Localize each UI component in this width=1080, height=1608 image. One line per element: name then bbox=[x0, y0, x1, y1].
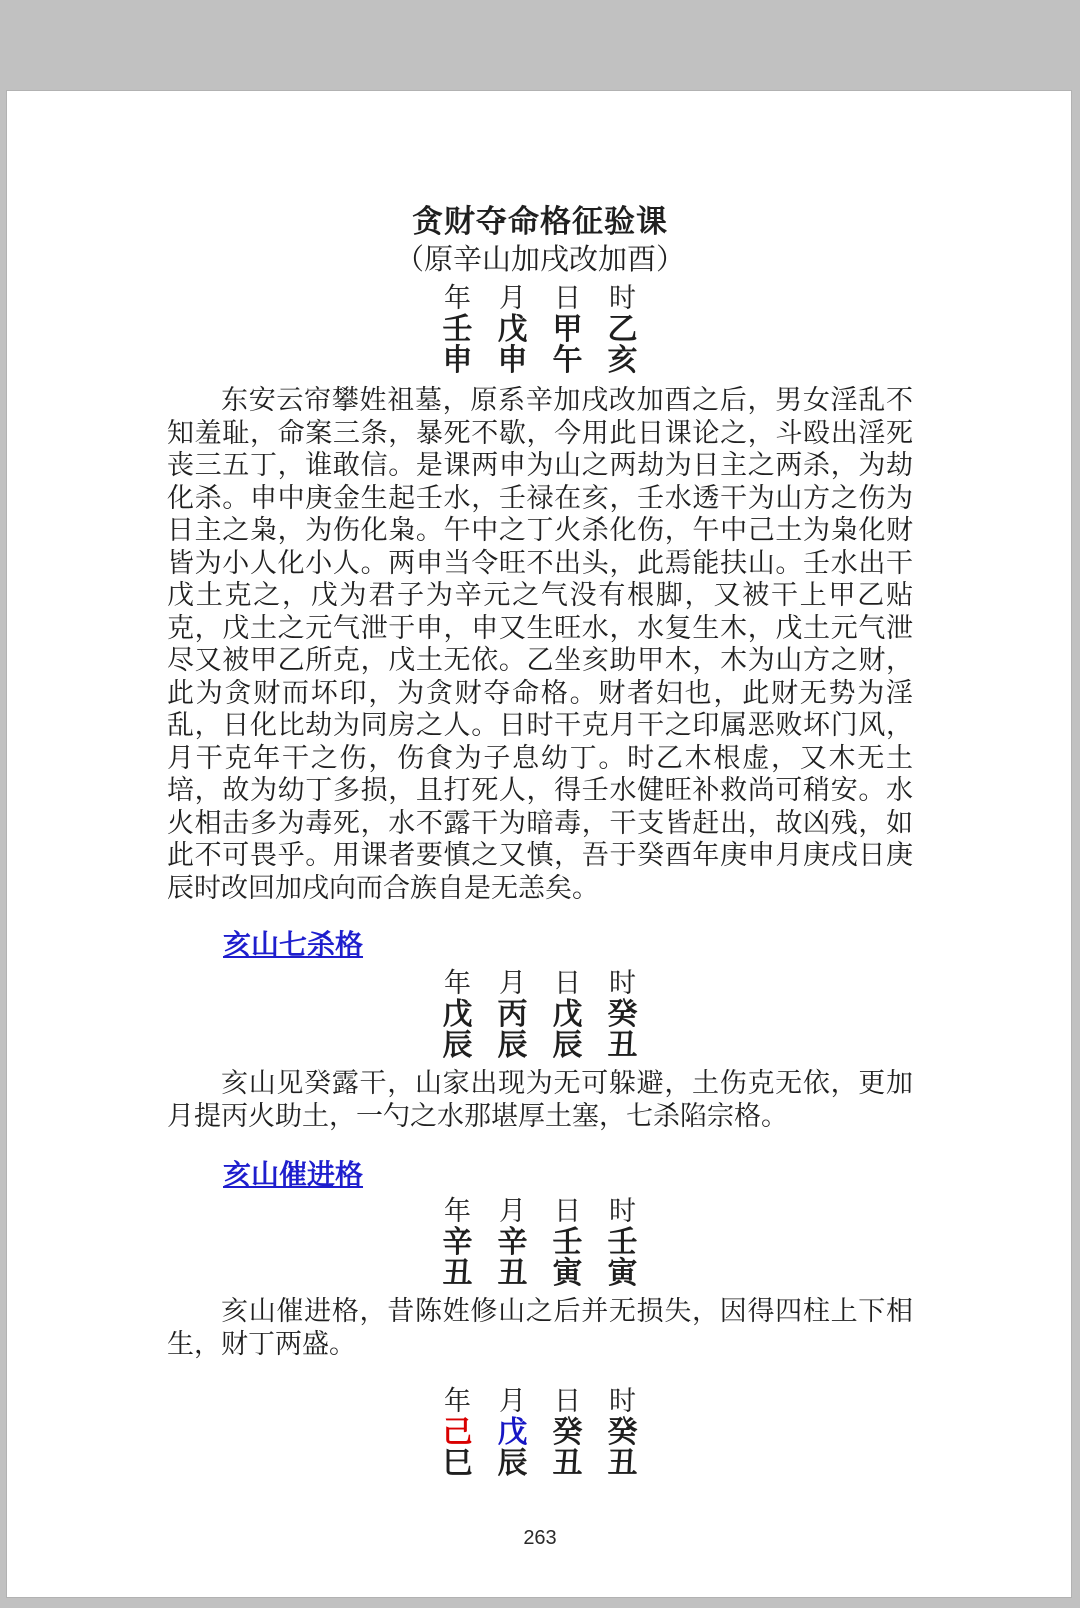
pillar-cell-labels-1: 月 bbox=[485, 1386, 540, 1417]
pillar-cell-stems-2: 癸 bbox=[540, 1417, 595, 1448]
pillar-table-main: 年月日时壬戊甲乙申申午亥 bbox=[167, 283, 913, 376]
pillar-cell-branches-0: 巳 bbox=[430, 1448, 485, 1479]
pillar-cell-stems-3: 壬 bbox=[595, 1227, 650, 1258]
pillar-cell-labels-3: 时 bbox=[595, 968, 650, 999]
pillar-cell-labels-3: 时 bbox=[595, 1386, 650, 1417]
page-subtitle: （原辛山加戌改加酉） bbox=[167, 241, 913, 279]
pillar-cell-labels-3: 时 bbox=[595, 1196, 650, 1227]
section-heading-cuijin[interactable]: 亥山催进格 bbox=[223, 1160, 363, 1192]
page-title: 贪财夺命格征验课 bbox=[167, 203, 913, 241]
section-qisha: 亥山七杀格 bbox=[167, 930, 913, 962]
pillar-cell-stems-1: 戊 bbox=[485, 314, 540, 345]
pillar-cell-labels-0: 年 bbox=[430, 968, 485, 999]
pillar-row-labels: 年月日时 bbox=[167, 1196, 913, 1227]
pillar-row-labels: 年月日时 bbox=[167, 283, 913, 314]
pillar-cell-stems-0: 辛 bbox=[430, 1227, 485, 1258]
pillar-row-stems: 己戊癸癸 bbox=[167, 1417, 913, 1448]
pillar-cell-labels-3: 时 bbox=[595, 283, 650, 314]
pillar-cell-labels-1: 月 bbox=[485, 968, 540, 999]
pillar-cell-branches-3: 丑 bbox=[595, 1448, 650, 1479]
pillar-row-branches: 巳辰丑丑 bbox=[167, 1448, 913, 1479]
pillar-cell-branches-1: 辰 bbox=[485, 1030, 540, 1061]
pillar-row-labels: 年月日时 bbox=[167, 1386, 913, 1417]
pillar-cell-branches-1: 申 bbox=[485, 345, 540, 376]
pillar-cell-stems-1: 辛 bbox=[485, 1227, 540, 1258]
pillar-row-stems: 戊丙戊癸 bbox=[167, 999, 913, 1030]
pillar-cell-branches-0: 申 bbox=[430, 345, 485, 376]
pillar-row-branches: 辰辰辰丑 bbox=[167, 1030, 913, 1061]
pillar-cell-labels-1: 月 bbox=[485, 283, 540, 314]
paragraph-qisha: 亥山见癸露干，山家出现为无可躲避，土伤克无依，更加月提丙火助土，一勺之水那堪厚土… bbox=[167, 1067, 913, 1132]
pillar-cell-stems-2: 壬 bbox=[540, 1227, 595, 1258]
pillar-table-cuijin: 年月日时辛辛壬壬丑丑寅寅 bbox=[167, 1196, 913, 1289]
pillar-row-stems: 辛辛壬壬 bbox=[167, 1227, 913, 1258]
pillar-cell-labels-0: 年 bbox=[430, 1196, 485, 1227]
pillar-row-stems: 壬戊甲乙 bbox=[167, 314, 913, 345]
pillar-table-final: 年月日时己戊癸癸巳辰丑丑 bbox=[167, 1386, 913, 1479]
pillar-cell-branches-2: 丑 bbox=[540, 1448, 595, 1479]
pillar-cell-branches-2: 辰 bbox=[540, 1030, 595, 1061]
paragraph-cuijin: 亥山催进格，昔陈姓修山之后并无损失，因得四柱上下相生，财丁两盛。 bbox=[167, 1295, 913, 1360]
pillar-cell-labels-0: 年 bbox=[430, 1386, 485, 1417]
pillar-cell-stems-1: 戊 bbox=[485, 1417, 540, 1448]
pillar-row-labels: 年月日时 bbox=[167, 968, 913, 999]
pillar-cell-branches-2: 寅 bbox=[540, 1258, 595, 1289]
pillar-cell-stems-3: 乙 bbox=[595, 314, 650, 345]
pillar-cell-labels-2: 日 bbox=[540, 968, 595, 999]
pillar-cell-branches-1: 辰 bbox=[485, 1448, 540, 1479]
pillar-cell-labels-2: 日 bbox=[540, 1196, 595, 1227]
pillar-cell-labels-1: 月 bbox=[485, 1196, 540, 1227]
pillar-cell-stems-2: 甲 bbox=[540, 314, 595, 345]
viewer-background: 贪财夺命格征验课 （原辛山加戌改加酉） 年月日时壬戊甲乙申申午亥 东安云帘攀姓祖… bbox=[0, 0, 1080, 1608]
page-number: 263 bbox=[167, 1527, 913, 1550]
section-cuijin: 亥山催进格 bbox=[167, 1160, 913, 1192]
pillar-cell-branches-3: 亥 bbox=[595, 345, 650, 376]
pillar-cell-stems-1: 丙 bbox=[485, 999, 540, 1030]
pillar-cell-stems-3: 癸 bbox=[595, 1417, 650, 1448]
pillar-cell-stems-0: 壬 bbox=[430, 314, 485, 345]
pillar-cell-labels-2: 日 bbox=[540, 283, 595, 314]
pillar-cell-branches-2: 午 bbox=[540, 345, 595, 376]
pillar-cell-branches-1: 丑 bbox=[485, 1258, 540, 1289]
pillar-cell-branches-3: 丑 bbox=[595, 1030, 650, 1061]
pillar-cell-branches-3: 寅 bbox=[595, 1258, 650, 1289]
pillar-row-branches: 丑丑寅寅 bbox=[167, 1258, 913, 1289]
pillar-table-qisha: 年月日时戊丙戊癸辰辰辰丑 bbox=[167, 968, 913, 1061]
pillar-cell-stems-2: 戊 bbox=[540, 999, 595, 1030]
section-heading-qisha[interactable]: 亥山七杀格 bbox=[223, 930, 363, 962]
pillar-row-branches: 申申午亥 bbox=[167, 345, 913, 376]
paragraph-main: 东安云帘攀姓祖墓，原系辛加戌改加酉之后，男女淫乱不知羞耻，命案三条，暴死不歇，今… bbox=[167, 384, 913, 904]
pillar-cell-stems-0: 戊 bbox=[430, 999, 485, 1030]
pillar-cell-stems-3: 癸 bbox=[595, 999, 650, 1030]
pillar-cell-labels-2: 日 bbox=[540, 1386, 595, 1417]
pillar-cell-branches-0: 辰 bbox=[430, 1030, 485, 1061]
pillar-cell-stems-0: 己 bbox=[430, 1417, 485, 1448]
document-page: 贪财夺命格征验课 （原辛山加戌改加酉） 年月日时壬戊甲乙申申午亥 东安云帘攀姓祖… bbox=[6, 90, 1072, 1598]
pillar-cell-labels-0: 年 bbox=[430, 283, 485, 314]
pillar-cell-branches-0: 丑 bbox=[430, 1258, 485, 1289]
